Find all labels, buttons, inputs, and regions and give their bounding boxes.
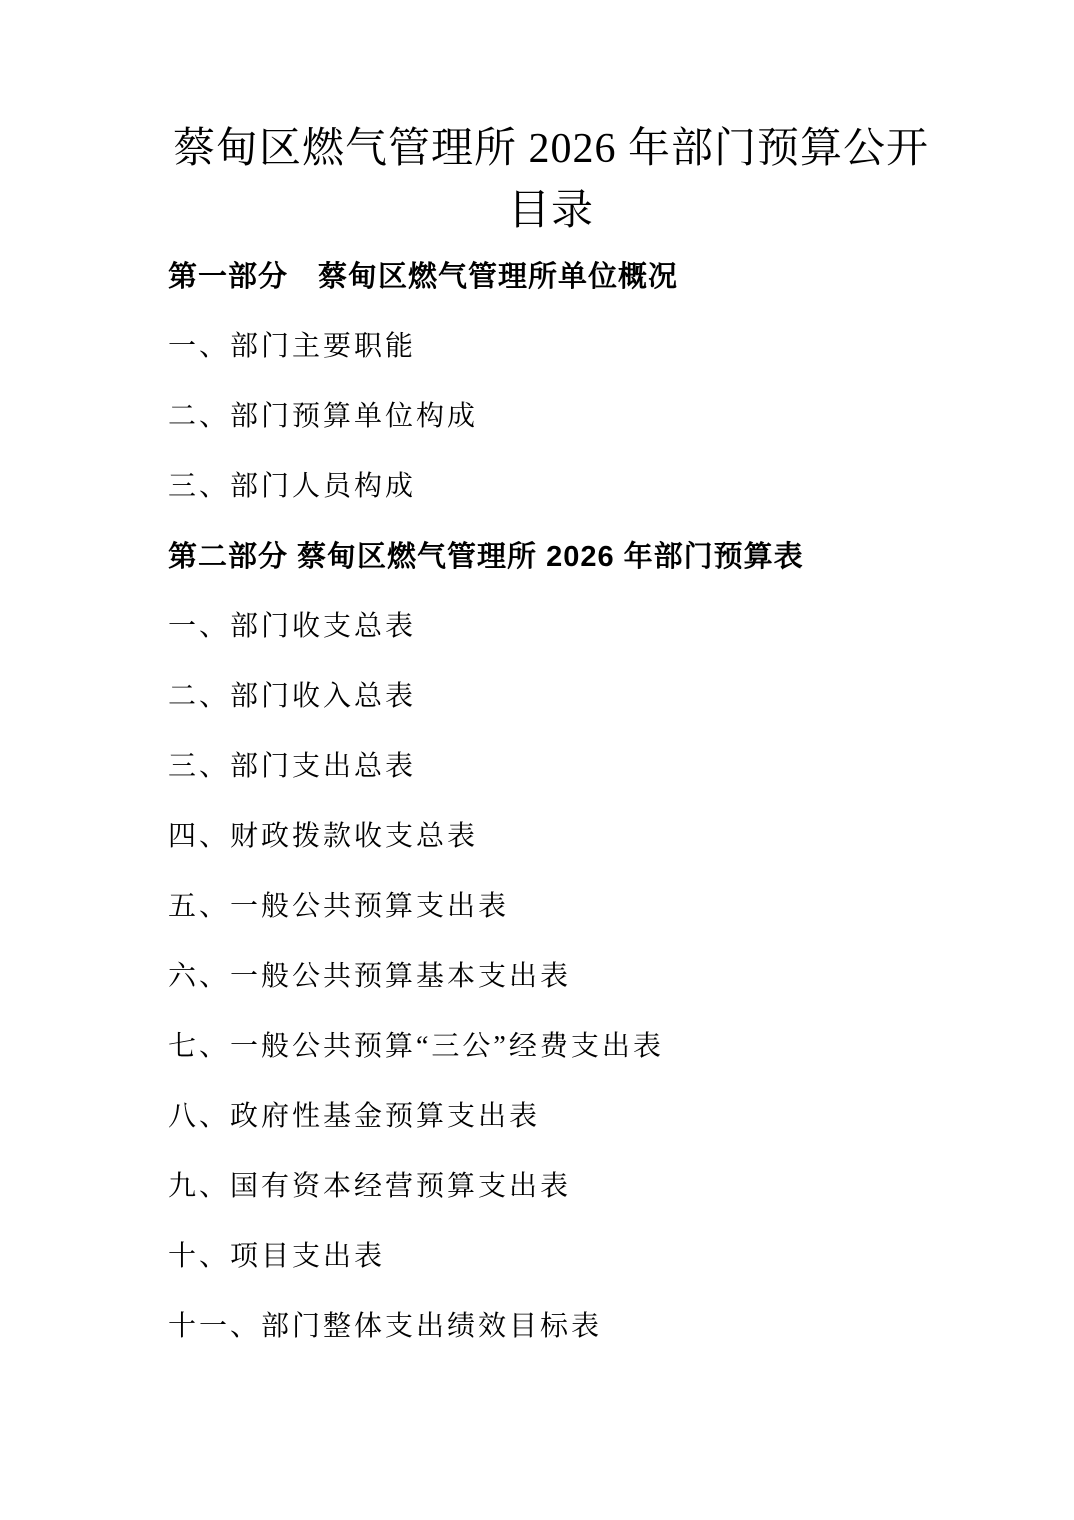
table-of-contents: 第一部分 蔡甸区燃气管理所单位概况 一、部门主要职能 二、部门预算单位构成 三、… — [168, 242, 934, 1362]
document-title-line2: 目录 — [168, 180, 934, 242]
toc-item-part2-1: 一、部门收支总表 — [168, 592, 934, 662]
section-heading-part1: 第一部分 蔡甸区燃气管理所单位概况 — [168, 242, 934, 312]
toc-page: 蔡甸区燃气管理所 2026 年部门预算公开 目录 第一部分 蔡甸区燃气管理所单位… — [0, 0, 1074, 1520]
toc-item-part1-2: 二、部门预算单位构成 — [168, 382, 934, 452]
section-heading-part2: 第二部分 蔡甸区燃气管理所 2026 年部门预算表 — [168, 522, 934, 592]
toc-item-part2-5: 五、一般公共预算支出表 — [168, 872, 934, 942]
toc-item-part2-8: 八、政府性基金预算支出表 — [168, 1082, 934, 1152]
toc-item-part2-9: 九、国有资本经营预算支出表 — [168, 1152, 934, 1222]
toc-item-part2-3: 三、部门支出总表 — [168, 732, 934, 802]
toc-item-part2-11: 十一、部门整体支出绩效目标表 — [168, 1292, 934, 1362]
document-title: 蔡甸区燃气管理所 2026 年部门预算公开 目录 — [168, 118, 934, 242]
document-title-line1: 蔡甸区燃气管理所 2026 年部门预算公开 — [168, 118, 934, 180]
toc-item-part2-7: 七、一般公共预算“三公”经费支出表 — [168, 1012, 934, 1082]
toc-item-part1-1: 一、部门主要职能 — [168, 312, 934, 382]
toc-item-part2-4: 四、财政拨款收支总表 — [168, 802, 934, 872]
toc-item-part2-6: 六、一般公共预算基本支出表 — [168, 942, 934, 1012]
toc-item-part1-3: 三、部门人员构成 — [168, 452, 934, 522]
toc-item-part2-2: 二、部门收入总表 — [168, 662, 934, 732]
toc-item-part2-10: 十、项目支出表 — [168, 1222, 934, 1292]
